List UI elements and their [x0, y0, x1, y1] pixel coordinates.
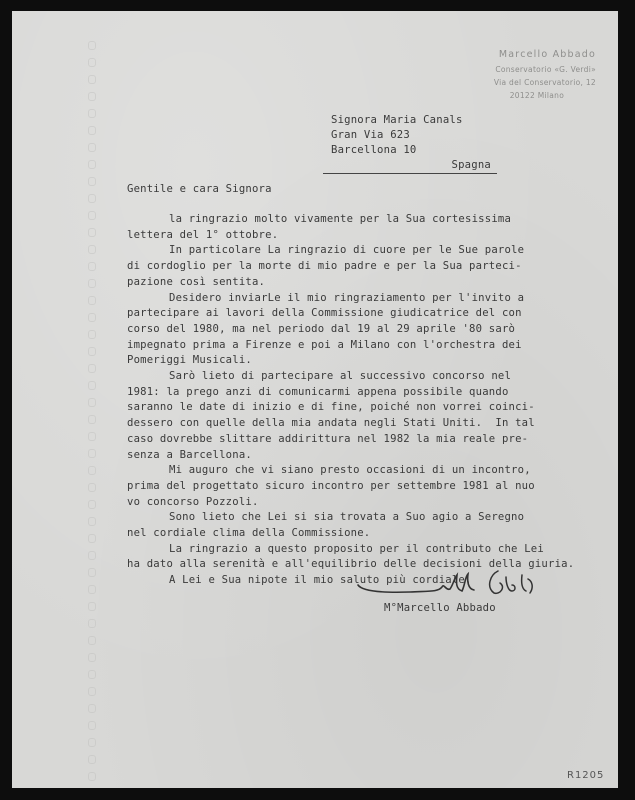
watermark-mark [88, 653, 96, 662]
watermark-mark [88, 92, 96, 101]
body-line: prima del progettato sicuro incontro per… [127, 479, 617, 495]
letter-body: la ringrazio molto vivamente per la Sua … [127, 212, 617, 589]
watermark-mark [88, 619, 96, 628]
watermark-mark [88, 466, 96, 475]
body-line: partecipare ai lavori della Commissione … [127, 306, 617, 322]
recipient-address: Signora Maria Canals Gran Via 623 Barcel… [331, 113, 497, 174]
body-line: impegnato prima a Firenze e poi a Milano… [127, 338, 617, 354]
watermark-mark [88, 670, 96, 679]
body-line: corso del 1980, ma nel periodo dal 19 al… [127, 322, 617, 338]
watermark-mark [88, 381, 96, 390]
watermark-mark [88, 330, 96, 339]
greeting: Gentile e cara Signora [127, 183, 272, 195]
body-line: vo concorso Pozzoli. [127, 495, 617, 511]
handwritten-signature [350, 565, 550, 605]
watermark-mark [88, 211, 96, 220]
watermark-mark [88, 449, 96, 458]
watermark-mark [88, 41, 96, 50]
watermark-mark [88, 143, 96, 152]
watermark-mark [88, 738, 96, 747]
watermark-mark [88, 534, 96, 543]
watermark-mark [88, 704, 96, 713]
watermark-mark [88, 500, 96, 509]
watermark-mark [88, 483, 96, 492]
body-line: lettera del 1° ottobre. [127, 228, 617, 244]
letterhead-street: Via del Conservatorio, 12 [494, 76, 596, 89]
recipient-city: Barcellona 10 [331, 143, 497, 158]
body-line: caso dovrebbe slittare addirittura nel 1… [127, 432, 617, 448]
watermark-mark [88, 58, 96, 67]
watermark-strip [84, 41, 100, 781]
watermark-mark [88, 75, 96, 84]
watermark-mark [88, 415, 96, 424]
body-line: la ringrazio molto vivamente per la Sua … [127, 212, 617, 228]
watermark-mark [88, 772, 96, 781]
letterhead: Marcello Abbado Conservatorio «G. Verdi»… [494, 49, 596, 102]
watermark-mark [88, 245, 96, 254]
watermark-mark [88, 109, 96, 118]
body-line: nel cordiale clima della Commissione. [127, 526, 617, 542]
watermark-mark [88, 517, 96, 526]
body-line: dessero con quelle della mia andata negl… [127, 416, 617, 432]
watermark-mark [88, 296, 96, 305]
body-line: senza a Barcellona. [127, 448, 617, 464]
letterhead-city: 20122 Milano [494, 89, 596, 102]
watermark-mark [88, 262, 96, 271]
watermark-mark [88, 568, 96, 577]
watermark-mark [88, 177, 96, 186]
recipient-name: Signora Maria Canals [331, 113, 497, 128]
body-line: di cordoglio per la morte di mio padre e… [127, 259, 617, 275]
watermark-mark [88, 347, 96, 356]
watermark-mark [88, 721, 96, 730]
watermark-mark [88, 585, 96, 594]
watermark-mark [88, 228, 96, 237]
watermark-mark [88, 398, 96, 407]
signature-name: M°Marcello Abbado [384, 602, 496, 614]
body-line: La ringrazio a questo proposito per il c… [127, 542, 617, 558]
letterhead-name: Marcello Abbado [494, 49, 596, 60]
recipient-country: Spagna [323, 158, 497, 174]
watermark-mark [88, 755, 96, 764]
body-line: Sono lieto che Lei si sia trovata a Suo … [127, 510, 617, 526]
body-line: Pomeriggi Musicali. [127, 353, 617, 369]
watermark-mark [88, 687, 96, 696]
watermark-mark [88, 194, 96, 203]
watermark-mark [88, 551, 96, 560]
watermark-mark [88, 160, 96, 169]
watermark-mark [88, 432, 96, 441]
watermark-mark [88, 279, 96, 288]
watermark-mark [88, 602, 96, 611]
body-line: Sarò lieto di partecipare al successivo … [127, 369, 617, 385]
body-line: saranno le date di inizio e di fine, poi… [127, 400, 617, 416]
archive-reference: R1205 [567, 770, 604, 781]
body-line: pazione così sentita. [127, 275, 617, 291]
watermark-mark [88, 636, 96, 645]
body-line: Desidero inviarLe il mio ringraziamento … [127, 291, 617, 307]
body-line: 1981: la prego anzi di comunicarmi appen… [127, 385, 617, 401]
watermark-mark [88, 364, 96, 373]
body-line: In particolare La ringrazio di cuore per… [127, 243, 617, 259]
watermark-mark [88, 126, 96, 135]
body-line: Mi auguro che vi siano presto occasioni … [127, 463, 617, 479]
letterhead-institution: Conservatorio «G. Verdi» [494, 63, 596, 76]
watermark-mark [88, 313, 96, 322]
recipient-street: Gran Via 623 [331, 128, 497, 143]
